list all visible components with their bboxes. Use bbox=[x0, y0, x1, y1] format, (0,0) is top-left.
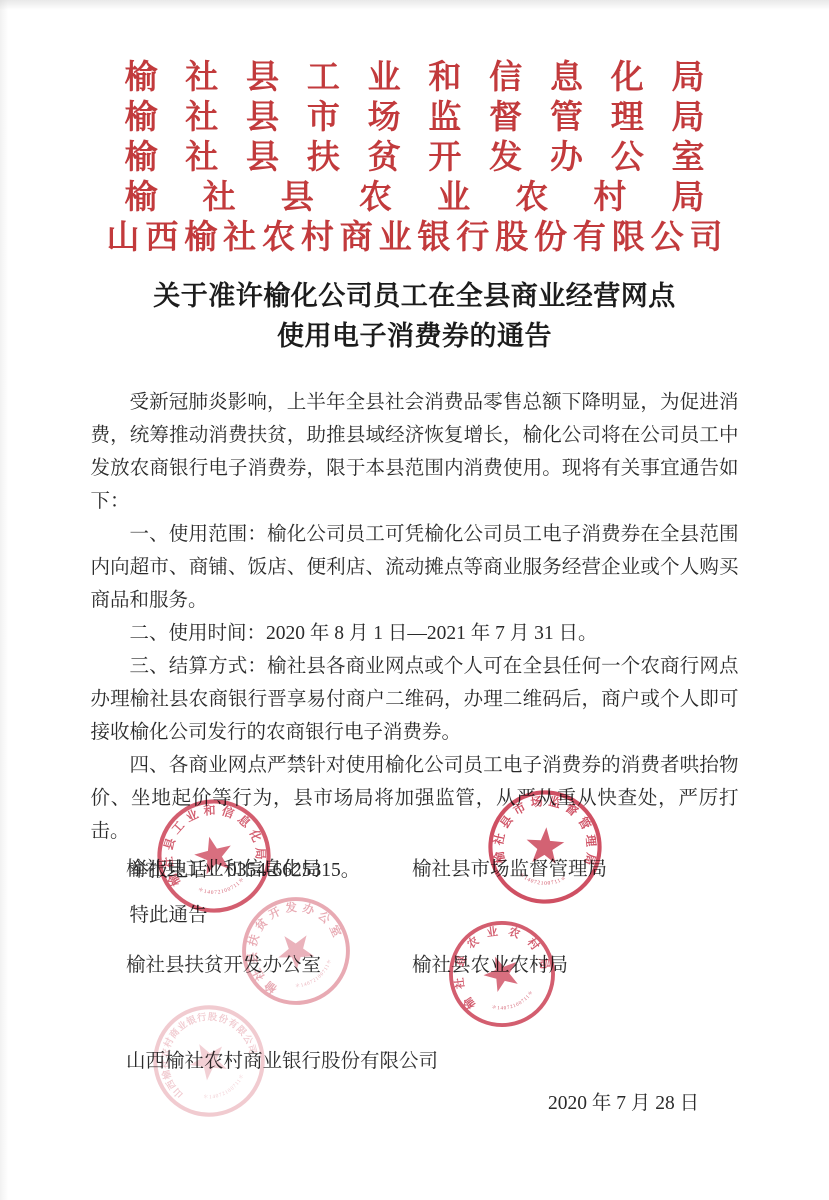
letterhead-line: 榆社县农业农村局 bbox=[125, 178, 705, 218]
scanned-official-notice-page: 榆社县工业和信息化局榆社县市场监督管理局榆社县扶贫开发办公室榆社县农业农村局山西… bbox=[0, 0, 829, 1200]
svg-text:＊14072100711＊: ＊14072100711＊ bbox=[200, 1071, 250, 1107]
letterhead-agency-list: 榆社县工业和信息化局榆社县市场监督管理局榆社县扶贫开发办公室榆社县农业农村局山西… bbox=[125, 0, 705, 258]
notice-body: 受新冠肺炎影响，上半年全县社会消费品零售总额下降明显，为促进消费，统筹推动消费扶… bbox=[91, 386, 739, 932]
body-paragraph: 一、使用范围：榆化公司员工可凭榆化公司员工电子消费券在全县范围内向超市、商铺、饭… bbox=[91, 518, 739, 617]
signature-agency-name: 榆社县工业和信息化局 bbox=[126, 853, 321, 881]
svg-text:＊14072100711＊: ＊14072100711＊ bbox=[489, 989, 538, 1018]
signature-agency-name: 榆社县市场监督管理局 bbox=[412, 853, 607, 881]
letterhead-line: 榆社县市场监督管理局 bbox=[125, 98, 705, 138]
body-paragraph: 受新冠肺炎影响，上半年全县社会消费品零售总额下降明显，为促进消费，统筹推动消费扶… bbox=[91, 386, 739, 518]
closing-phrase: 特此通告 bbox=[91, 899, 739, 932]
notice-title-line: 使用电子消费券的通告 bbox=[0, 316, 829, 356]
body-paragraph: 四、各商业网点严禁针对使用榆化公司员工电子消费券的消费者哄抬物价、坐地起价等行为… bbox=[91, 749, 739, 848]
letterhead-line: 榆社县工业和信息化局 bbox=[125, 58, 705, 98]
document-date: 2020 年 7 月 28 日 bbox=[548, 1087, 699, 1115]
signature-agency-name: 榆社县扶贫开发办公室 bbox=[126, 949, 321, 977]
notice-title: 关于准许榆化公司员工在全县商业经营网点使用电子消费券的通告 bbox=[0, 276, 829, 356]
body-paragraph: 二、使用时间：2020 年 8 月 1 日—2021 年 7 月 31 日。 bbox=[91, 617, 739, 650]
letterhead-line: 山西榆社农村商业银行股份有限公司 bbox=[107, 218, 723, 258]
body-paragraph: 三、结算方式：榆社县各商业网点或个人可在全县任何一个农商行网点办理榆社县农商银行… bbox=[91, 650, 739, 749]
signature-agency-name: 榆社县农业农村局 bbox=[412, 949, 568, 977]
letterhead-line: 榆社县扶贫开发办公室 bbox=[125, 138, 705, 178]
notice-title-line: 关于准许榆化公司员工在全县商业经营网点 bbox=[0, 276, 829, 316]
signature-agency-name: 山西榆社农村商业银行股份有限公司 bbox=[126, 1045, 438, 1073]
